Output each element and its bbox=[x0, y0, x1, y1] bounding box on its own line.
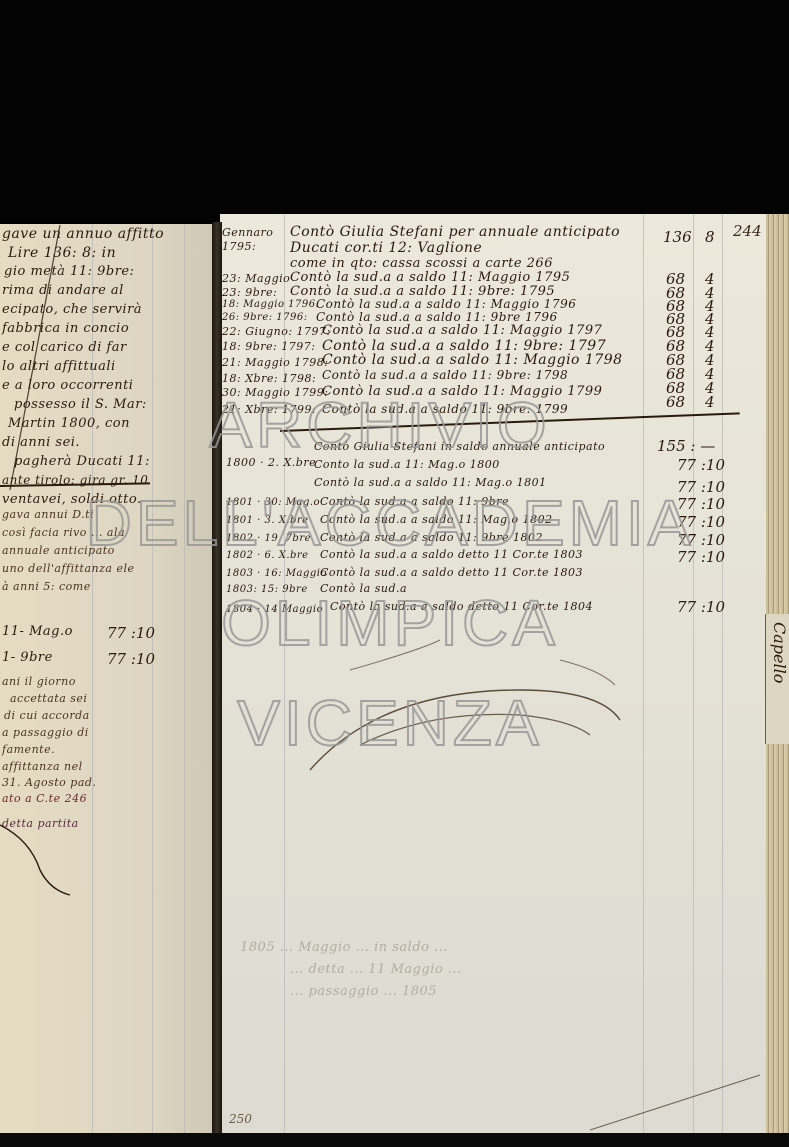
watermark-line: OLIMPICA bbox=[170, 586, 610, 660]
footer-page-number: 250 bbox=[229, 1112, 252, 1126]
watermark-line: VICENZA bbox=[180, 686, 600, 760]
pen-strokes bbox=[0, 0, 789, 1147]
watermark-line: DELL'ACCADEMIA bbox=[40, 486, 740, 560]
watermark-line: ARCHIVIO bbox=[170, 388, 590, 462]
